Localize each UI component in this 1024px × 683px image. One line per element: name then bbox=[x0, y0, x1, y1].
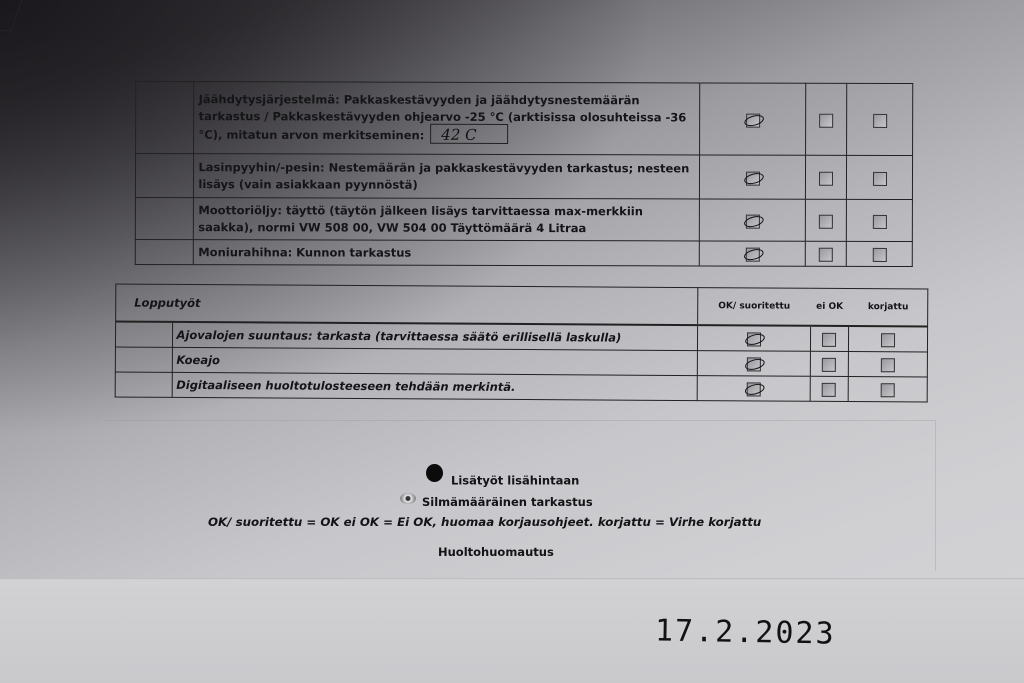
ok-checkbox[interactable] bbox=[746, 171, 760, 185]
not-ok-checkbox[interactable] bbox=[819, 171, 833, 185]
table-row: Lasinpyyhin/-pesin: Nestemäärän ja pakka… bbox=[135, 153, 912, 199]
corrected-checkbox[interactable] bbox=[881, 358, 895, 372]
ok-checkbox[interactable] bbox=[747, 332, 761, 346]
not-ok-checkbox[interactable] bbox=[819, 113, 833, 127]
filled-dot-icon bbox=[426, 464, 443, 482]
row-marker-cell bbox=[135, 197, 194, 239]
row-text: Moottoriöljy: täyttö (täytön jälkeen lis… bbox=[194, 198, 700, 241]
service-note-heading: Huoltohuomautus bbox=[438, 545, 554, 559]
maintenance-table: Jäähdytysjärjestelmä: Pakkaskestävyyden … bbox=[135, 81, 913, 267]
legend-extra-work: Lisätyöt lisähintaan bbox=[426, 472, 579, 490]
ok-checkbox[interactable] bbox=[746, 382, 760, 396]
corrected-checkbox[interactable] bbox=[873, 248, 887, 262]
col-not-ok: ei OK bbox=[810, 288, 849, 326]
ok-checkbox[interactable] bbox=[746, 113, 760, 127]
ok-checkbox[interactable] bbox=[746, 248, 760, 262]
row-text: Jäähdytysjärjestelmä: Pakkaskestävyyden … bbox=[194, 82, 700, 155]
legend-key: OK/ suoritettu = OK ei OK = Ei OK, huoma… bbox=[208, 515, 761, 529]
legend-visual-check: Silmämääräinen tarkastus bbox=[400, 495, 593, 509]
row-text: Moniurahihna: Kunnon tarkastus bbox=[194, 240, 700, 266]
final-work-title: Lopputyöt bbox=[116, 284, 698, 325]
not-ok-checkbox[interactable] bbox=[822, 333, 836, 347]
final-work-table: Lopputyöt OK/ suoritettu ei OK korjattu … bbox=[115, 284, 929, 402]
row-marker-cell bbox=[115, 322, 172, 347]
ok-checkbox[interactable] bbox=[746, 214, 760, 228]
row-marker-cell bbox=[135, 239, 194, 264]
measured-value-field[interactable]: 42 C bbox=[430, 123, 508, 143]
corrected-checkbox[interactable] bbox=[873, 171, 887, 185]
table-row: Moottoriöljy: täyttö (täytön jälkeen lis… bbox=[135, 197, 912, 241]
table-row: Jäähdytysjärjestelmä: Pakkaskestävyyden … bbox=[136, 81, 913, 155]
col-corrected: korjattu bbox=[849, 289, 928, 327]
corrected-checkbox[interactable] bbox=[881, 383, 895, 397]
row-text: Ajovalojen suuntaus: tarkasta (tarvittae… bbox=[172, 322, 698, 350]
eye-icon bbox=[400, 493, 416, 504]
not-ok-checkbox[interactable] bbox=[822, 382, 836, 396]
lower-page bbox=[0, 580, 1024, 683]
row-marker-cell bbox=[115, 372, 172, 397]
table-header: Lopputyöt OK/ suoritettu ei OK korjattu bbox=[116, 284, 928, 326]
row-text: Koeajo bbox=[172, 347, 698, 375]
table-row: Digitaaliseen huoltotulosteeseen tehdään… bbox=[115, 372, 927, 402]
corrected-checkbox[interactable] bbox=[881, 333, 895, 347]
col-ok: OK/ suoritettu bbox=[698, 288, 811, 326]
ok-checkbox[interactable] bbox=[747, 357, 761, 371]
handwritten-date: 17.2.2023 bbox=[655, 613, 836, 651]
not-ok-checkbox[interactable] bbox=[819, 214, 833, 228]
not-ok-checkbox[interactable] bbox=[822, 357, 836, 371]
corrected-checkbox[interactable] bbox=[873, 214, 887, 228]
not-ok-checkbox[interactable] bbox=[819, 248, 833, 262]
table-row: Moniurahihna: Kunnon tarkastus bbox=[135, 239, 912, 266]
corrected-checkbox[interactable] bbox=[873, 113, 887, 127]
row-marker-cell bbox=[135, 153, 194, 197]
row-text: Lasinpyyhin/-pesin: Nestemäärän ja pakka… bbox=[194, 154, 700, 199]
legend-extra-work-label: Lisätyöt lisähintaan bbox=[451, 474, 579, 488]
row-marker-cell bbox=[136, 81, 195, 153]
row-text: Digitaaliseen huoltotulosteeseen tehdään… bbox=[172, 372, 698, 400]
legend-visual-check-label: Silmämääräinen tarkastus bbox=[422, 495, 593, 509]
row-marker-cell bbox=[115, 347, 172, 372]
